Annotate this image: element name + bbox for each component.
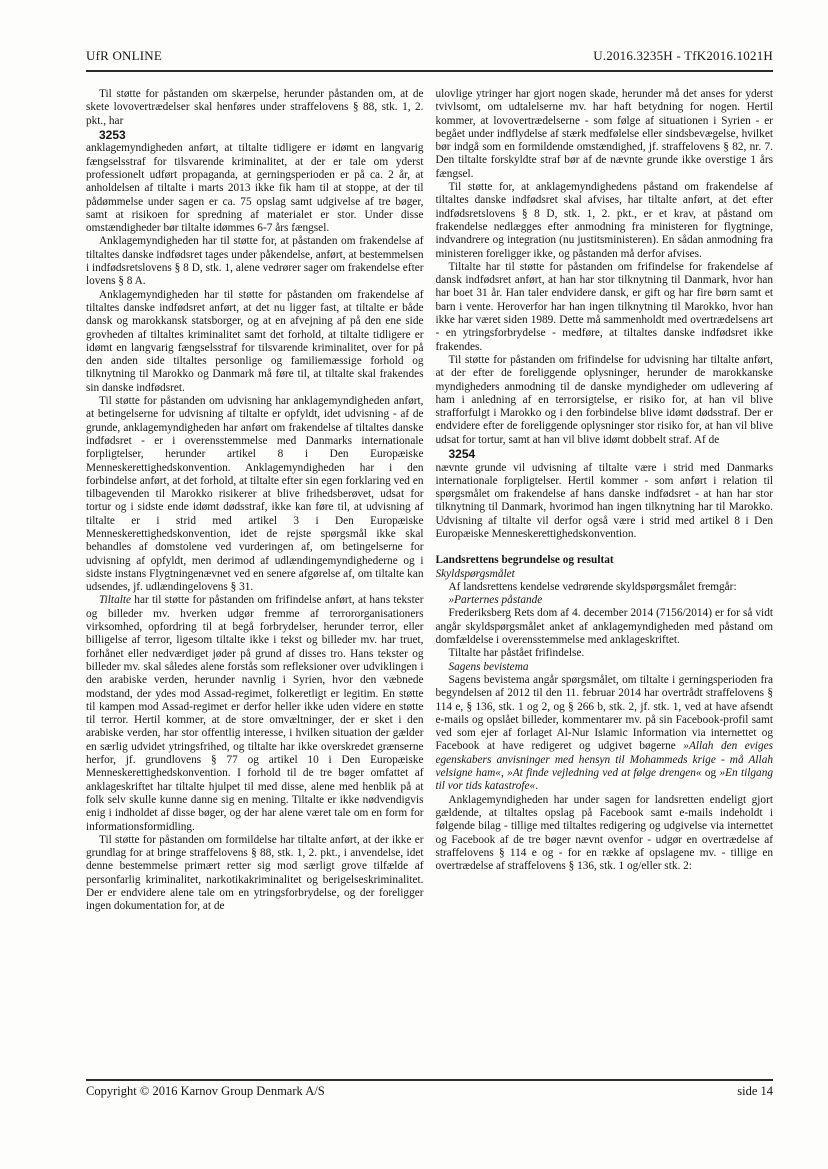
document-page: UfR ONLINE U.2016.3235H - TfK2016.1021H … <box>0 0 828 1169</box>
paragraph: Tiltalte har påstået frifindelse. <box>436 647 774 660</box>
column-right: ulovlige ytringer har gjort nogen skade,… <box>436 88 774 1073</box>
paragraph: Sagens bevistema <box>436 661 774 674</box>
page-header: UfR ONLINE U.2016.3235H - TfK2016.1021H <box>86 48 773 64</box>
page-marker: 3253 <box>86 128 424 143</box>
document-body: Til støtte for påstanden om skærpelse, h… <box>86 88 773 1073</box>
paragraph: Til støtte for, at anklagemyndighedens p… <box>436 181 774 261</box>
copyright-text: Copyright © 2016 Karnov Group Denmark A/… <box>86 1084 325 1099</box>
paragraph: Af landsrettens kendelse vedrørende skyl… <box>436 581 774 594</box>
page-number: side 14 <box>737 1084 773 1099</box>
paragraph: ulovlige ytringer har gjort nogen skade,… <box>436 88 774 181</box>
paragraph: Til støtte for påstanden om skærpelse, h… <box>86 88 424 128</box>
header-divider <box>86 70 773 72</box>
case-reference: U.2016.3235H - TfK2016.1021H <box>593 48 773 64</box>
paragraph: Sagens bevistema angår spørgsmålet, om t… <box>436 674 774 794</box>
subsection-heading: Skyldspørgsmålet <box>436 568 774 581</box>
paragraph: Frederiksberg Rets dom af 4. december 20… <box>436 607 774 647</box>
paragraph: Tiltalte har til støtte for påstanden om… <box>86 594 424 833</box>
paragraph: »Parternes påstande <box>436 594 774 607</box>
page-marker: 3254 <box>436 447 774 462</box>
paragraph: Anklagemyndigheden har til støtte for, a… <box>86 235 424 288</box>
paragraph: Til støtte for påstanden om frifindelse … <box>436 354 774 447</box>
page-footer: Copyright © 2016 Karnov Group Denmark A/… <box>86 1084 773 1099</box>
paragraph: nævnte grunde vil udvisning af tiltalte … <box>436 462 774 542</box>
column-left: Til støtte for påstanden om skærpelse, h… <box>86 88 424 1073</box>
paragraph: Anklagemyndigheden har til støtte for på… <box>86 289 424 395</box>
paragraph: Til støtte for påstanden om udvisning ha… <box>86 395 424 594</box>
paragraph: Tiltalte har til støtte for påstanden om… <box>436 261 774 354</box>
footer-divider <box>86 1079 773 1081</box>
paragraph: Anklagemyndigheden har under sagen for l… <box>436 794 774 874</box>
paragraph: anklagemyndigheden anført, at tiltalte t… <box>86 142 424 235</box>
journal-title: UfR ONLINE <box>86 48 162 64</box>
section-heading: Landsrettens begrundelse og resultat <box>436 554 774 567</box>
paragraph: Til støtte for påstanden om formildelse … <box>86 834 424 914</box>
